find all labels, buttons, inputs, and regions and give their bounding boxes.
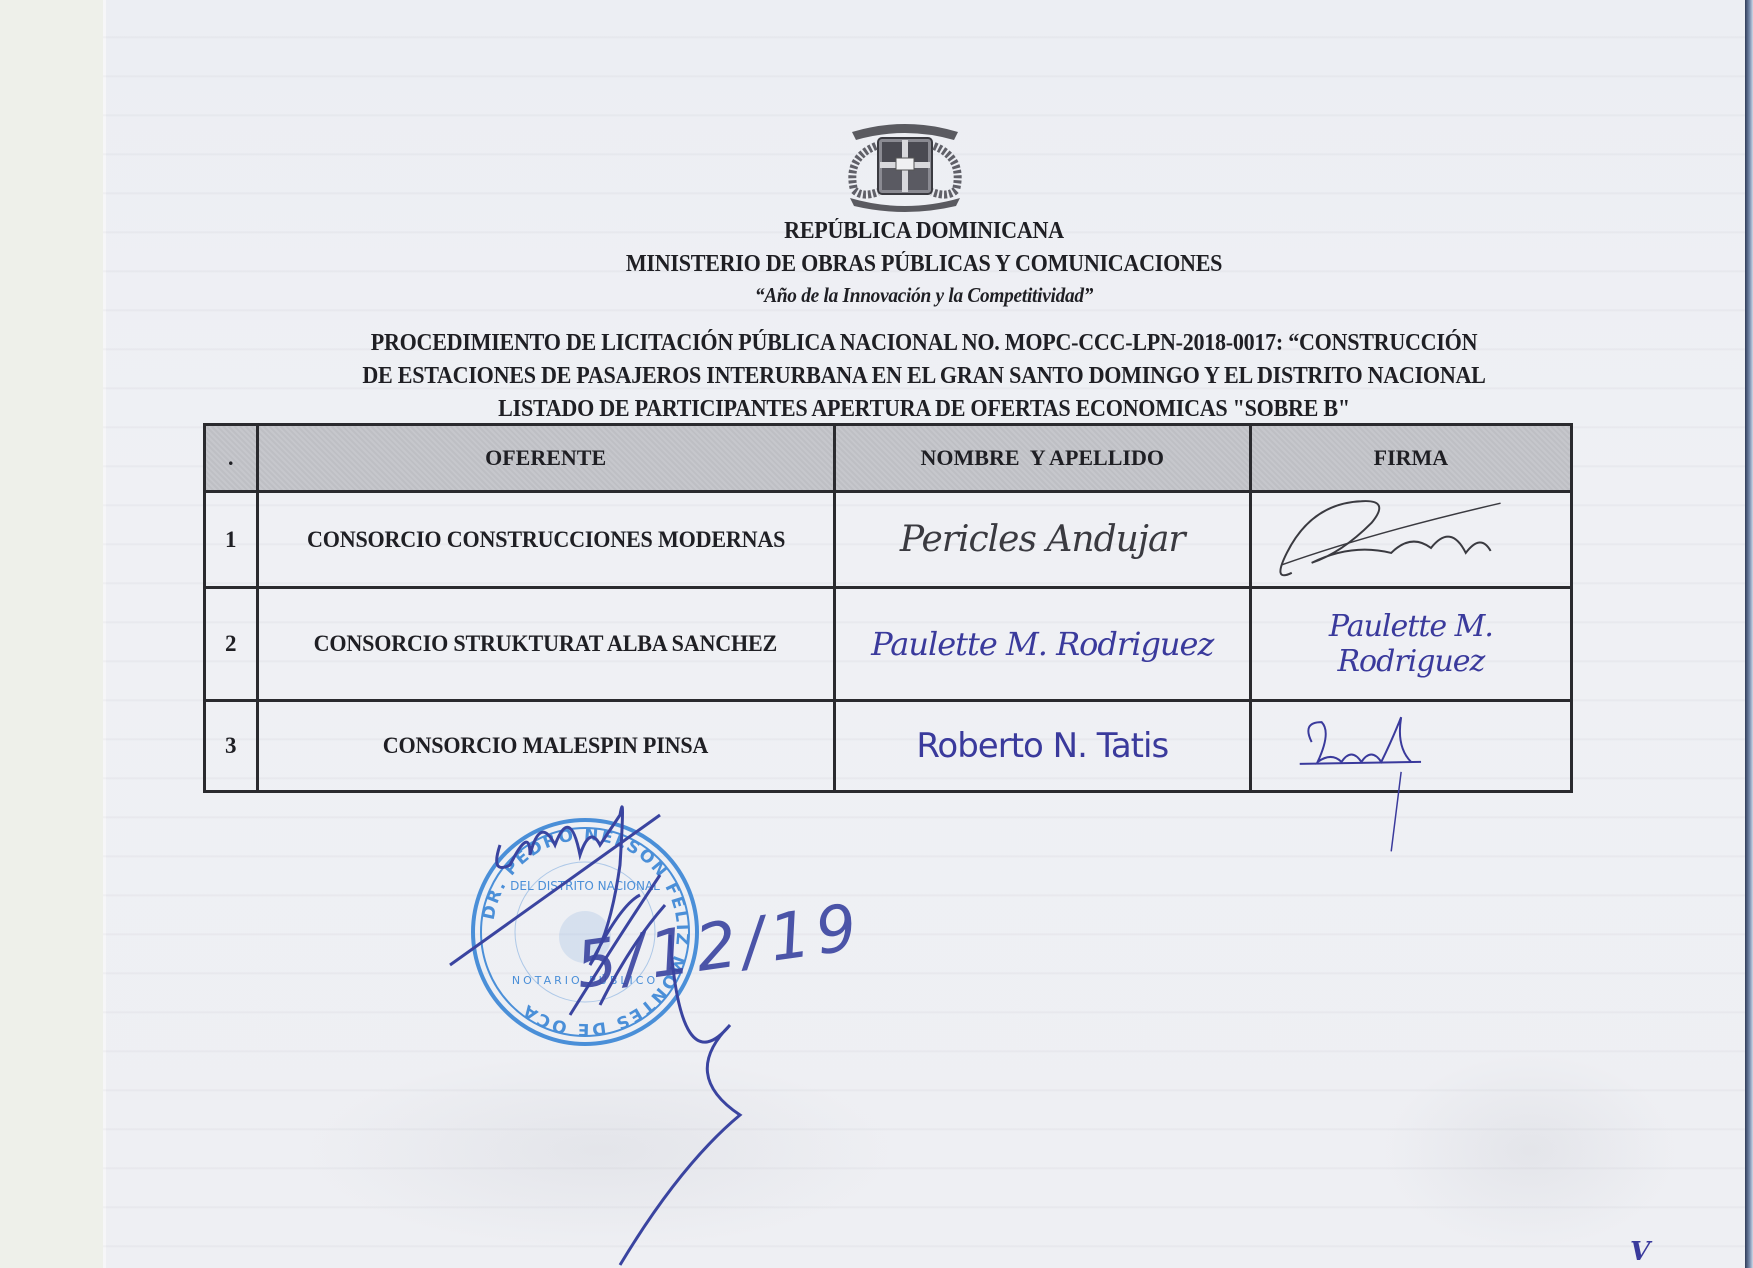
procedure-title-line-2: DE ESTACIONES DE PASAJEROS INTERURBANA E… [169,363,1680,390]
oferente-cell: CONSORCIO CONSTRUCCIONES MODERNAS [257,492,834,588]
firma-cell [1250,492,1571,588]
oferente-name: CONSORCIO MALESPIN PINSA [383,733,708,759]
row-number: 2 [205,588,258,701]
firma-cell: Paulette M. Rodriguez [1250,588,1571,701]
year-motto: “Año de la Innovación y la Competitivida… [169,283,1680,308]
nombre-cell: Roberto N. Tatis [834,701,1250,792]
oferente-name: CONSORCIO CONSTRUCCIONES MODERNAS [306,527,784,553]
column-header-oferente: OFERENTE [257,425,834,492]
handwritten-name: Roberto N. Tatis [916,726,1168,766]
participants-table: . OFERENTE NOMBRE Y APELLIDO FIRMA 1 CON… [203,423,1573,793]
handwritten-name: Paulette M. Rodriguez [871,625,1213,663]
signature-mark [1252,702,1570,790]
notary-signature [420,785,780,1265]
table-header-row: . OFERENTE NOMBRE Y APELLIDO FIRMA [205,425,1572,492]
column-header-nombre: NOMBRE Y APELLIDO [834,425,1250,492]
table-row: 1 CONSORCIO CONSTRUCCIONES MODERNAS Peri… [205,492,1572,588]
margin-initials: V [1630,1237,1650,1267]
scanner-edge [1745,0,1753,1268]
list-title: LISTADO DE PARTICIPANTES APERTURA DE OFE… [169,396,1680,423]
column-header-firma: FIRMA [1250,425,1571,492]
table-row: 2 CONSORCIO STRUKTURAT ALBA SANCHEZ Paul… [205,588,1572,701]
procedure-title-line-1: PROCEDIMIENTO DE LICITACIÓN PÚBLICA NACI… [169,330,1680,357]
coat-of-arms-icon [832,118,978,214]
signature-mark [1252,493,1570,586]
row-number: 3 [205,701,258,792]
ministry-heading: MINISTERIO DE OBRAS PÚBLICAS Y COMUNICAC… [169,251,1680,278]
handwritten-signature: Paulette M. Rodriguez [1329,609,1493,679]
nombre-cell: Paulette M. Rodriguez [834,588,1250,701]
nombre-cell: Pericles Andujar [834,492,1250,588]
row-number: 1 [205,492,258,588]
oferente-name: CONSORCIO STRUKTURAT ALBA SANCHEZ [314,631,777,657]
table-row: 3 CONSORCIO MALESPIN PINSA Roberto N. Ta… [205,701,1572,792]
oferente-cell: CONSORCIO STRUKTURAT ALBA SANCHEZ [257,588,834,701]
handwritten-name: Pericles Andujar [900,519,1185,560]
firma-cell [1250,701,1571,792]
oferente-cell: CONSORCIO MALESPIN PINSA [257,701,834,792]
column-header-number: . [205,425,258,492]
country-heading: REPÚBLICA DOMINICANA [169,218,1680,245]
paper-crease [1380,1050,1680,1250]
